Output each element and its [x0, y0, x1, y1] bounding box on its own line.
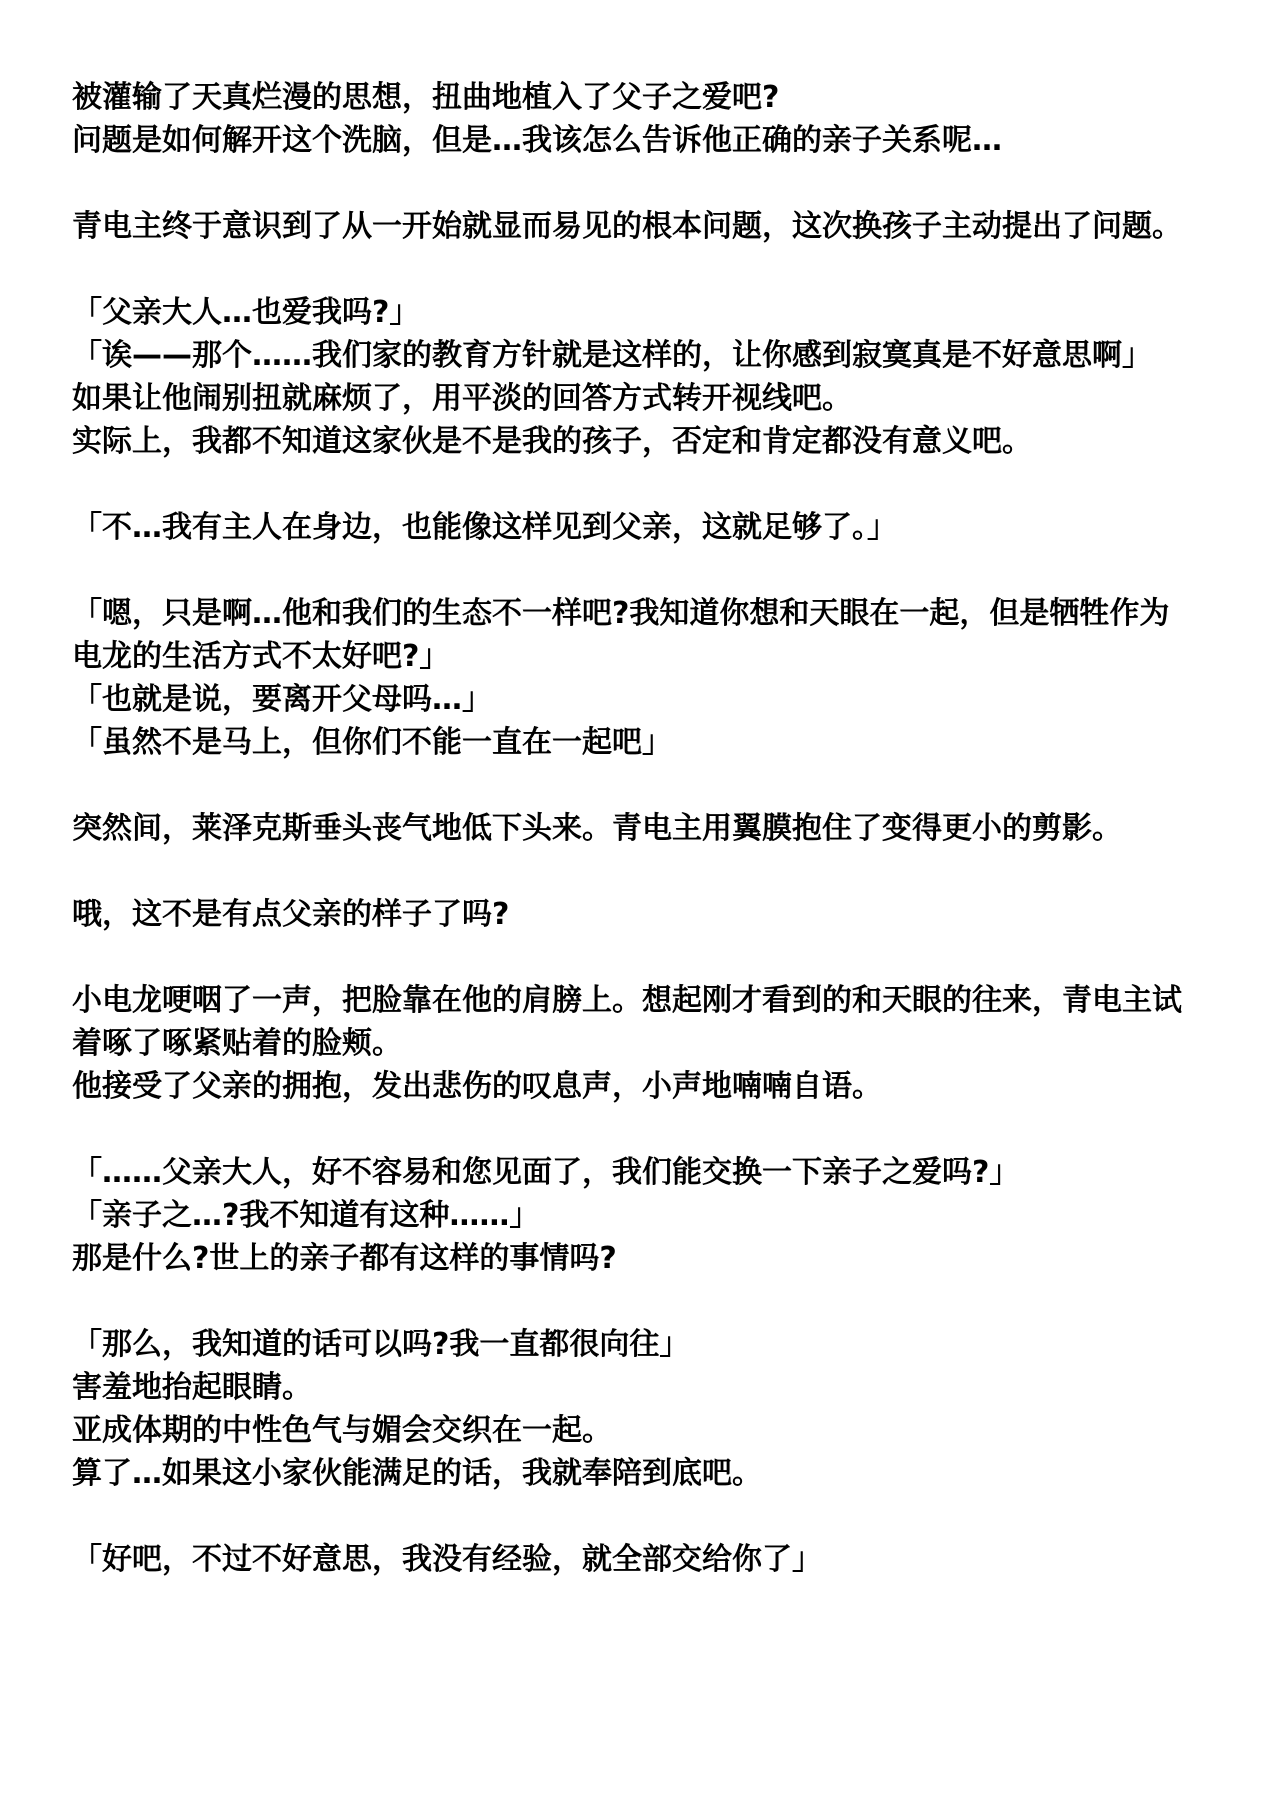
text-line: 「诶——那个……我们家的教育方针就是这样的，让你感到寂寞真是不好意思啊」 — [72, 334, 1214, 377]
text-line: 「……父亲大人，好不容易和您见面了，我们能交换一下亲子之爱吗?」 — [72, 1151, 1214, 1194]
paragraph: 「那么，我知道的话可以吗?我一直都很向往」害羞地抬起眼睛。亚成体期的中性色气与媚… — [72, 1323, 1214, 1495]
text-line: 「虽然不是马上，但你们不能一直在一起吧」 — [72, 721, 1214, 764]
paragraph: 突然间，莱泽克斯垂头丧气地低下头来。青电主用翼膜抱住了变得更小的剪影。 — [72, 807, 1214, 850]
text-line: 电龙的生活方式不太好吧?」 — [72, 635, 1214, 678]
text-line: 着啄了啄紧贴着的脸颊。 — [72, 1022, 1214, 1065]
document-page: 被灌输了天真烂漫的思想，扭曲地植入了父子之爱吧?问题是如何解开这个洗脑，但是…我… — [0, 0, 1280, 1810]
text-line: 亚成体期的中性色气与媚会交织在一起。 — [72, 1409, 1214, 1452]
paragraph: 被灌输了天真烂漫的思想，扭曲地植入了父子之爱吧?问题是如何解开这个洗脑，但是…我… — [72, 76, 1214, 162]
text-line: 算了…如果这小家伙能满足的话，我就奉陪到底吧。 — [72, 1452, 1214, 1495]
text-line: 「好吧，不过不好意思，我没有经验，就全部交给你了」 — [72, 1538, 1214, 1581]
text-line: 哦，这不是有点父亲的样子了吗? — [72, 893, 1214, 936]
text-line: 如果让他闹别扭就麻烦了，用平淡的回答方式转开视线吧。 — [72, 377, 1214, 420]
paragraph: 小电龙哽咽了一声，把脸靠在他的肩膀上。想起刚才看到的和天眼的往来，青电主试着啄了… — [72, 979, 1214, 1108]
text-line: 那是什么?世上的亲子都有这样的事情吗? — [72, 1237, 1214, 1280]
text-line: 他接受了父亲的拥抱，发出悲伤的叹息声，小声地喃喃自语。 — [72, 1065, 1214, 1108]
document-body: 被灌输了天真烂漫的思想，扭曲地植入了父子之爱吧?问题是如何解开这个洗脑，但是…我… — [72, 76, 1214, 1581]
text-line: 「那么，我知道的话可以吗?我一直都很向往」 — [72, 1323, 1214, 1366]
text-line: 被灌输了天真烂漫的思想，扭曲地植入了父子之爱吧? — [72, 76, 1214, 119]
text-line: 问题是如何解开这个洗脑，但是…我该怎么告诉他正确的亲子关系呢… — [72, 119, 1214, 162]
paragraph: 哦，这不是有点父亲的样子了吗? — [72, 893, 1214, 936]
text-line: 「亲子之…?我不知道有这种……」 — [72, 1194, 1214, 1237]
paragraph: 「父亲大人…也爱我吗?」「诶——那个……我们家的教育方针就是这样的，让你感到寂寞… — [72, 291, 1214, 463]
paragraph: 「……父亲大人，好不容易和您见面了，我们能交换一下亲子之爱吗?」「亲子之…?我不… — [72, 1151, 1214, 1280]
text-line: 「嗯，只是啊…他和我们的生态不一样吧?我知道你想和天眼在一起，但是牺牲作为 — [72, 592, 1214, 635]
text-line: 「不…我有主人在身边，也能像这样见到父亲，这就足够了。」 — [72, 506, 1214, 549]
text-line: 「父亲大人…也爱我吗?」 — [72, 291, 1214, 334]
paragraph: 「不…我有主人在身边，也能像这样见到父亲，这就足够了。」 — [72, 506, 1214, 549]
text-line: 「也就是说，要离开父母吗…」 — [72, 678, 1214, 721]
text-line: 实际上，我都不知道这家伙是不是我的孩子，否定和肯定都没有意义吧。 — [72, 420, 1214, 463]
paragraph: 「好吧，不过不好意思，我没有经验，就全部交给你了」 — [72, 1538, 1214, 1581]
text-line: 小电龙哽咽了一声，把脸靠在他的肩膀上。想起刚才看到的和天眼的往来，青电主试 — [72, 979, 1214, 1022]
text-line: 突然间，莱泽克斯垂头丧气地低下头来。青电主用翼膜抱住了变得更小的剪影。 — [72, 807, 1214, 850]
paragraph: 青电主终于意识到了从一开始就显而易见的根本问题，这次换孩子主动提出了问题。 — [72, 205, 1214, 248]
text-line: 青电主终于意识到了从一开始就显而易见的根本问题，这次换孩子主动提出了问题。 — [72, 205, 1214, 248]
paragraph: 「嗯，只是啊…他和我们的生态不一样吧?我知道你想和天眼在一起，但是牺牲作为电龙的… — [72, 592, 1214, 764]
text-line: 害羞地抬起眼睛。 — [72, 1366, 1214, 1409]
